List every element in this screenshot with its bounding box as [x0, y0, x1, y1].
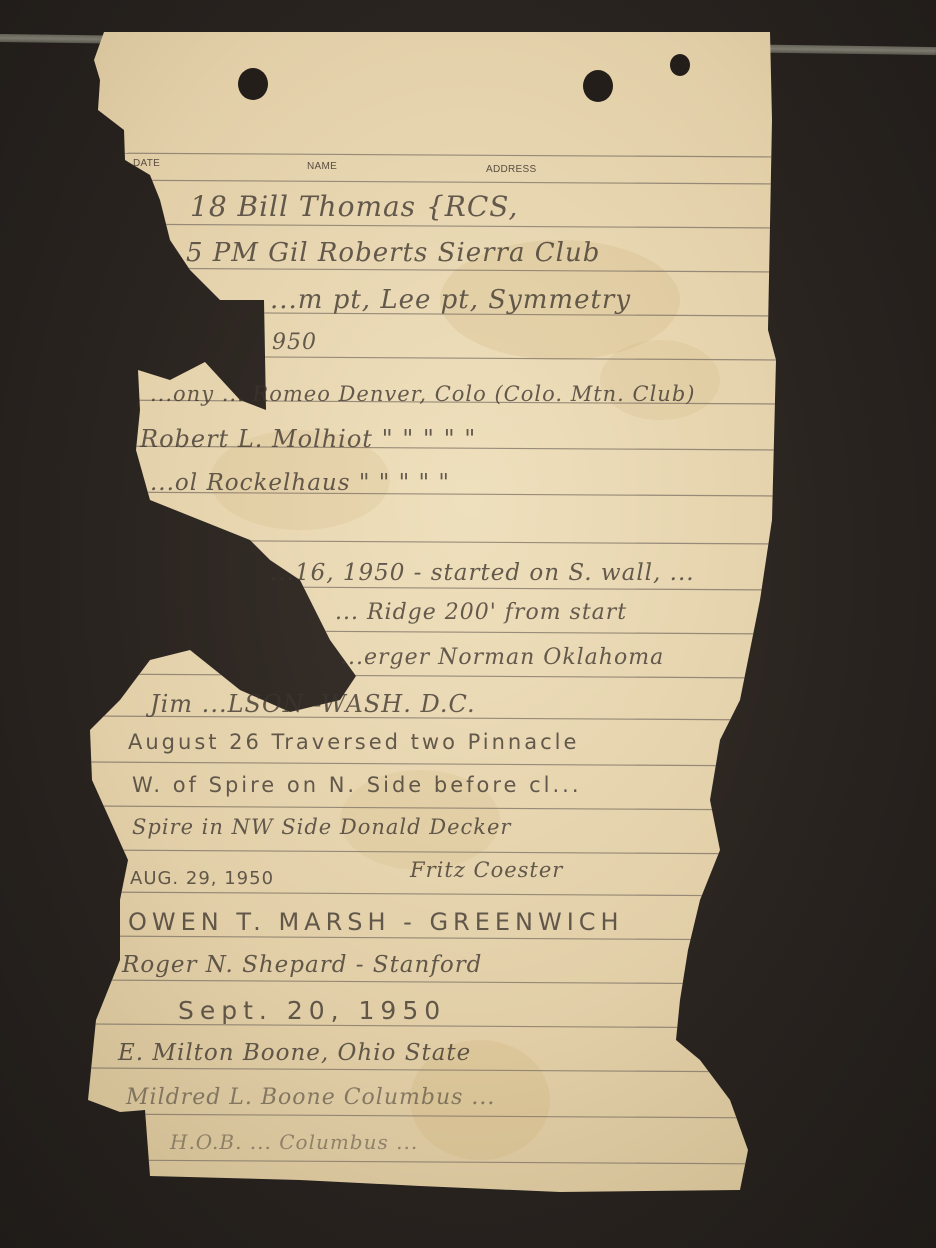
entry: Spire in NW Side Donald Decker	[132, 815, 511, 839]
entry: ... Ridge 200' from start	[335, 600, 627, 625]
entry: ...ol Rockelhaus " " " " "	[150, 470, 450, 496]
entry: Mildred L. Boone Columbus ...	[126, 1085, 495, 1110]
date-column-label: DATE	[133, 158, 160, 169]
address-column-label: ADDRESS	[486, 164, 536, 175]
entry: AUG. 29, 1950	[130, 868, 274, 889]
entry: ...m pt, Lee pt, Symmetry	[270, 285, 631, 315]
entry: Roger N. Shepard - Stanford	[122, 952, 482, 978]
entry: ...16, 1950 - started on S. wall, ...	[270, 560, 695, 586]
entry: ...erger Norman Oklahoma	[340, 645, 664, 670]
entry: Robert L. Molhiot " " " " "	[140, 425, 476, 453]
entry: 18 Bill Thomas {RCS,	[190, 190, 518, 223]
entry: Fritz Coester	[410, 858, 563, 882]
entry: W. of Spire on N. Side before cl...	[132, 773, 582, 797]
entry: 5 PM Gil Roberts Sierra Club	[186, 238, 600, 268]
entry: Jim ...LSON -WASH. D.C.	[150, 690, 476, 718]
entry: Sept. 20, 1950	[178, 996, 446, 1025]
entry: ...ony ... Romeo Denver, Colo (Colo. Mtn…	[150, 382, 695, 406]
name-column-label: NAME	[307, 161, 337, 172]
binder-hole	[583, 70, 613, 102]
entry: August 26 Traversed two Pinnacle	[128, 730, 579, 754]
binder-hole	[670, 54, 690, 76]
entry: E. Milton Boone, Ohio State	[118, 1040, 471, 1066]
entry: H.O.B. ... Columbus ...	[170, 1130, 418, 1154]
entry: OWEN T. MARSH - GREENWICH	[128, 908, 624, 936]
entry: 950	[272, 330, 317, 355]
binder-hole	[238, 68, 268, 100]
